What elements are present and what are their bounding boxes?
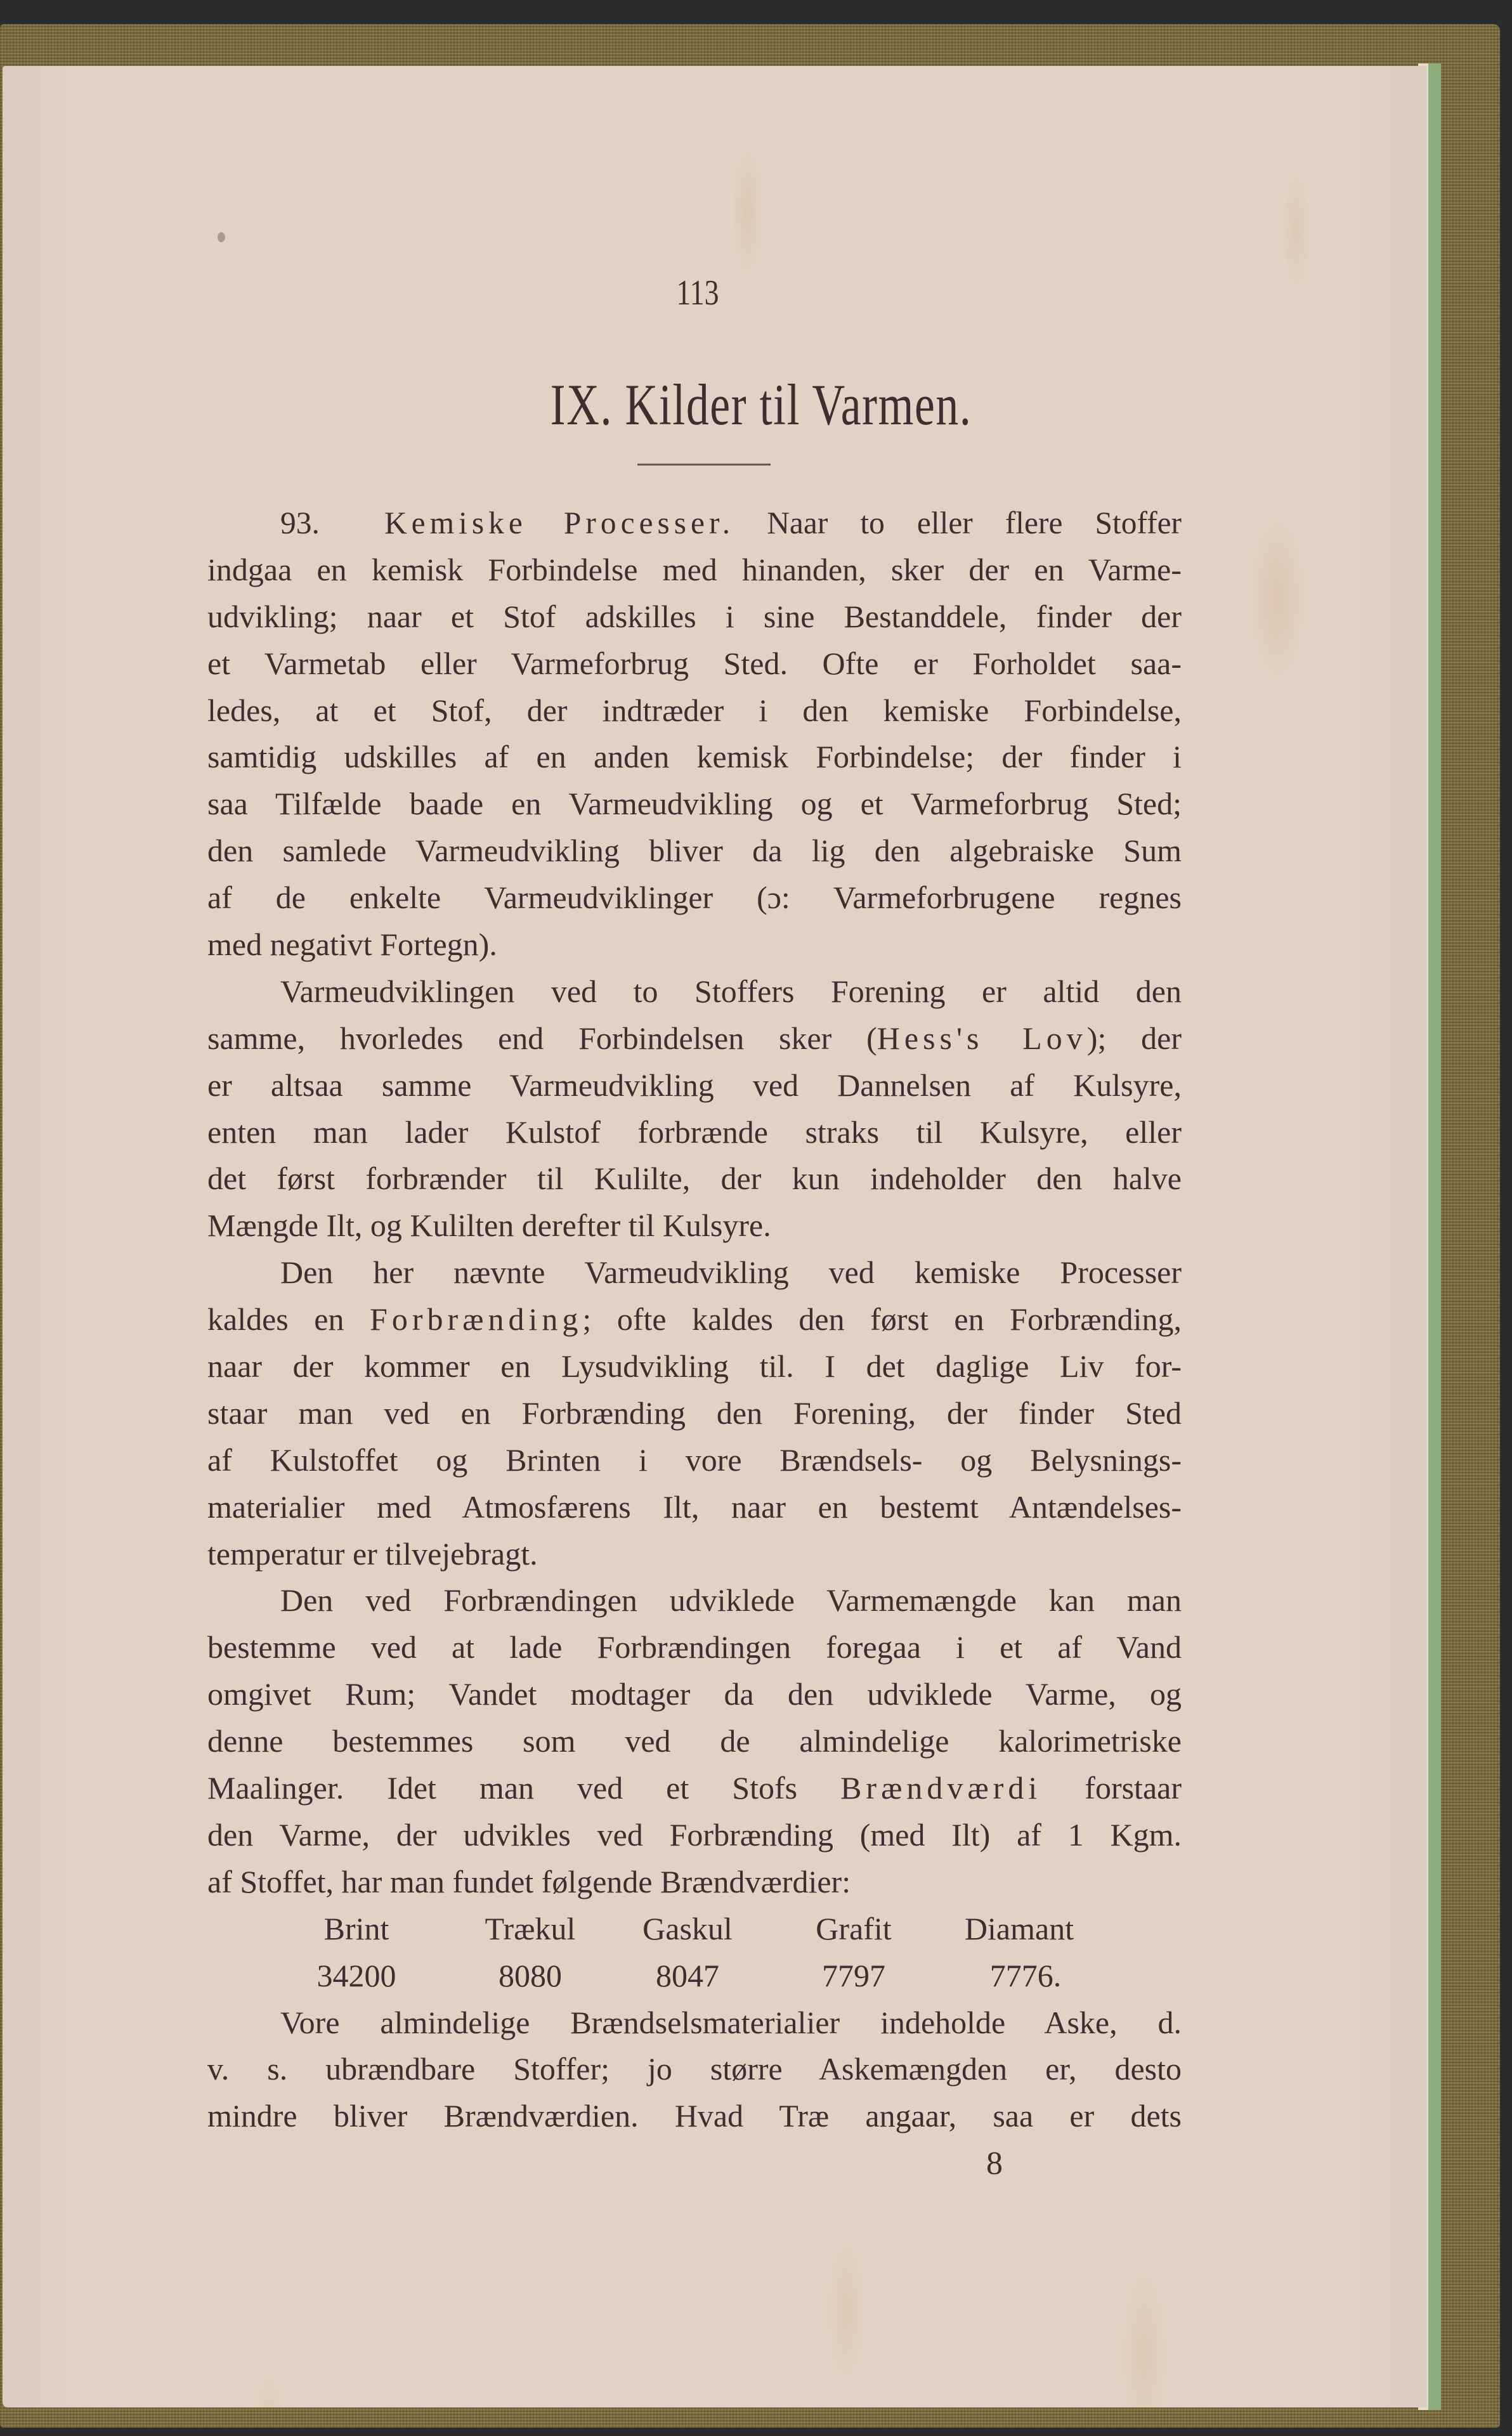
table-header-cell: Diamant [965,1906,1074,1953]
hess-law-emphasis: Hess's Lov [877,1020,1087,1056]
page-number: 113 [126,274,1365,312]
text-line: saa Tilfælde baade en Varmeudvikling og … [207,781,1182,828]
fuel-value-table-header: Brint Trækul Gaskul Grafit Diamant [207,1906,1182,1953]
text-line: med negativt Fortegn). [207,922,1182,968]
text-line: enten man lader Kulstof forbrænde straks… [207,1109,1182,1156]
section-number: 93. [280,505,320,540]
chapter-title: IX. Kilder til Varmen. [514,373,1008,436]
text-line: bestemme ved at lade Forbrændingen foreg… [207,1624,1182,1671]
line-text: Naar to eller flere Stoffer [767,505,1182,540]
text-line: den samlede Varmeudvikling bliver da lig… [207,828,1182,875]
text-line: den Varme, der udvikles ved Forbrænding … [207,1812,1182,1859]
text-line: er altsaa samme Varmeudvikling ved Danne… [207,1062,1182,1109]
text-line: staar man ved en Forbrænding den Forenin… [207,1390,1182,1437]
table-header-cell: Grafit [816,1906,891,1953]
text-line: 93. Kemiske Processer. Naar to eller fle… [207,500,1182,547]
table-value-cell: 7797 [822,1953,885,2000]
text-line: Den her nævnte Varmeudvikling ved kemisk… [207,1249,1182,1296]
signature-mark: 8 [986,2145,1003,2183]
text-line: af Kulstoffet og Brinten i vore Brændsel… [207,1437,1182,1484]
forbraending-emphasis: Forbrænding [370,1301,582,1337]
text-line: af Stoffet, har man fundet følgende Bræn… [207,1859,1182,1906]
body-text: 93. Kemiske Processer. Naar to eller fle… [207,500,1182,2140]
text-line: omgivet Rum; Vandet modtager da den udvi… [207,1671,1182,1718]
braendvaerdi-emphasis: Brændværdi [840,1770,1041,1806]
text-line: et Varmetab eller Varmeforbrug Sted. Oft… [207,641,1182,687]
text-line: mindre bliver Brændværdien. Hvad Træ ang… [207,2093,1182,2140]
text-line: af de enkelte Varmeudviklinger (ɔ: Varme… [207,875,1182,922]
section-heading: Kemiske Processer. [384,505,734,540]
title-divider-rule [637,464,771,466]
table-header-cell: Brint [324,1906,389,1953]
text-line: det først forbrænder til Kulilte, der ku… [207,1156,1182,1202]
table-value-cell: 34200 [317,1953,396,2000]
text-line: Vore almindelige Brændselsmaterialier in… [207,2000,1182,2047]
table-value-cell: 8080 [499,1953,562,2000]
text-line: Mængde Ilt, og Kulilten derefter til Kul… [207,1202,1182,1249]
text-line: denne bestemmes som ved de almindelige k… [207,1718,1182,1765]
text-line: samtidig udskilles af en anden kemisk Fo… [207,734,1182,781]
text-line: materialier med Atmosfærens Ilt, naar en… [207,1484,1182,1531]
fuel-value-table-row: 34200 8080 8047 7797 7776. [207,1953,1182,2000]
text-line: ledes, at et Stof, der indtræder i den k… [207,687,1182,734]
text-line: naar der kommer en Lysudvikling til. I d… [207,1343,1182,1390]
paper-speck [218,232,225,242]
table-value-cell: 8047 [656,1953,719,2000]
text-line: kaldes en Forbrænding; ofte kaldes den f… [207,1296,1182,1343]
table-value-cell: 7776. [990,1953,1062,2000]
text-line: Varmeudviklingen ved to Stoffers Forenin… [207,968,1182,1015]
table-header-cell: Gaskul [642,1906,733,1953]
text-line: temperatur er tilvejebragt. [207,1531,1182,1578]
table-header-cell: Trækul [485,1906,576,1953]
text-line: samme, hvorledes end Forbindelsen sker (… [207,1015,1182,1062]
text-line: indgaa en kemisk Forbindelse med hinande… [207,547,1182,594]
text-line: Den ved Forbrændingen udviklede Varmemæn… [207,1577,1182,1624]
text-line: udvikling; naar et Stof adskilles i sine… [207,594,1182,641]
text-line: Maalinger. Idet man ved et Stofs Brændvæ… [207,1765,1182,1812]
text-line: v. s. ubrændbare Stoffer; jo større Aske… [207,2046,1182,2093]
